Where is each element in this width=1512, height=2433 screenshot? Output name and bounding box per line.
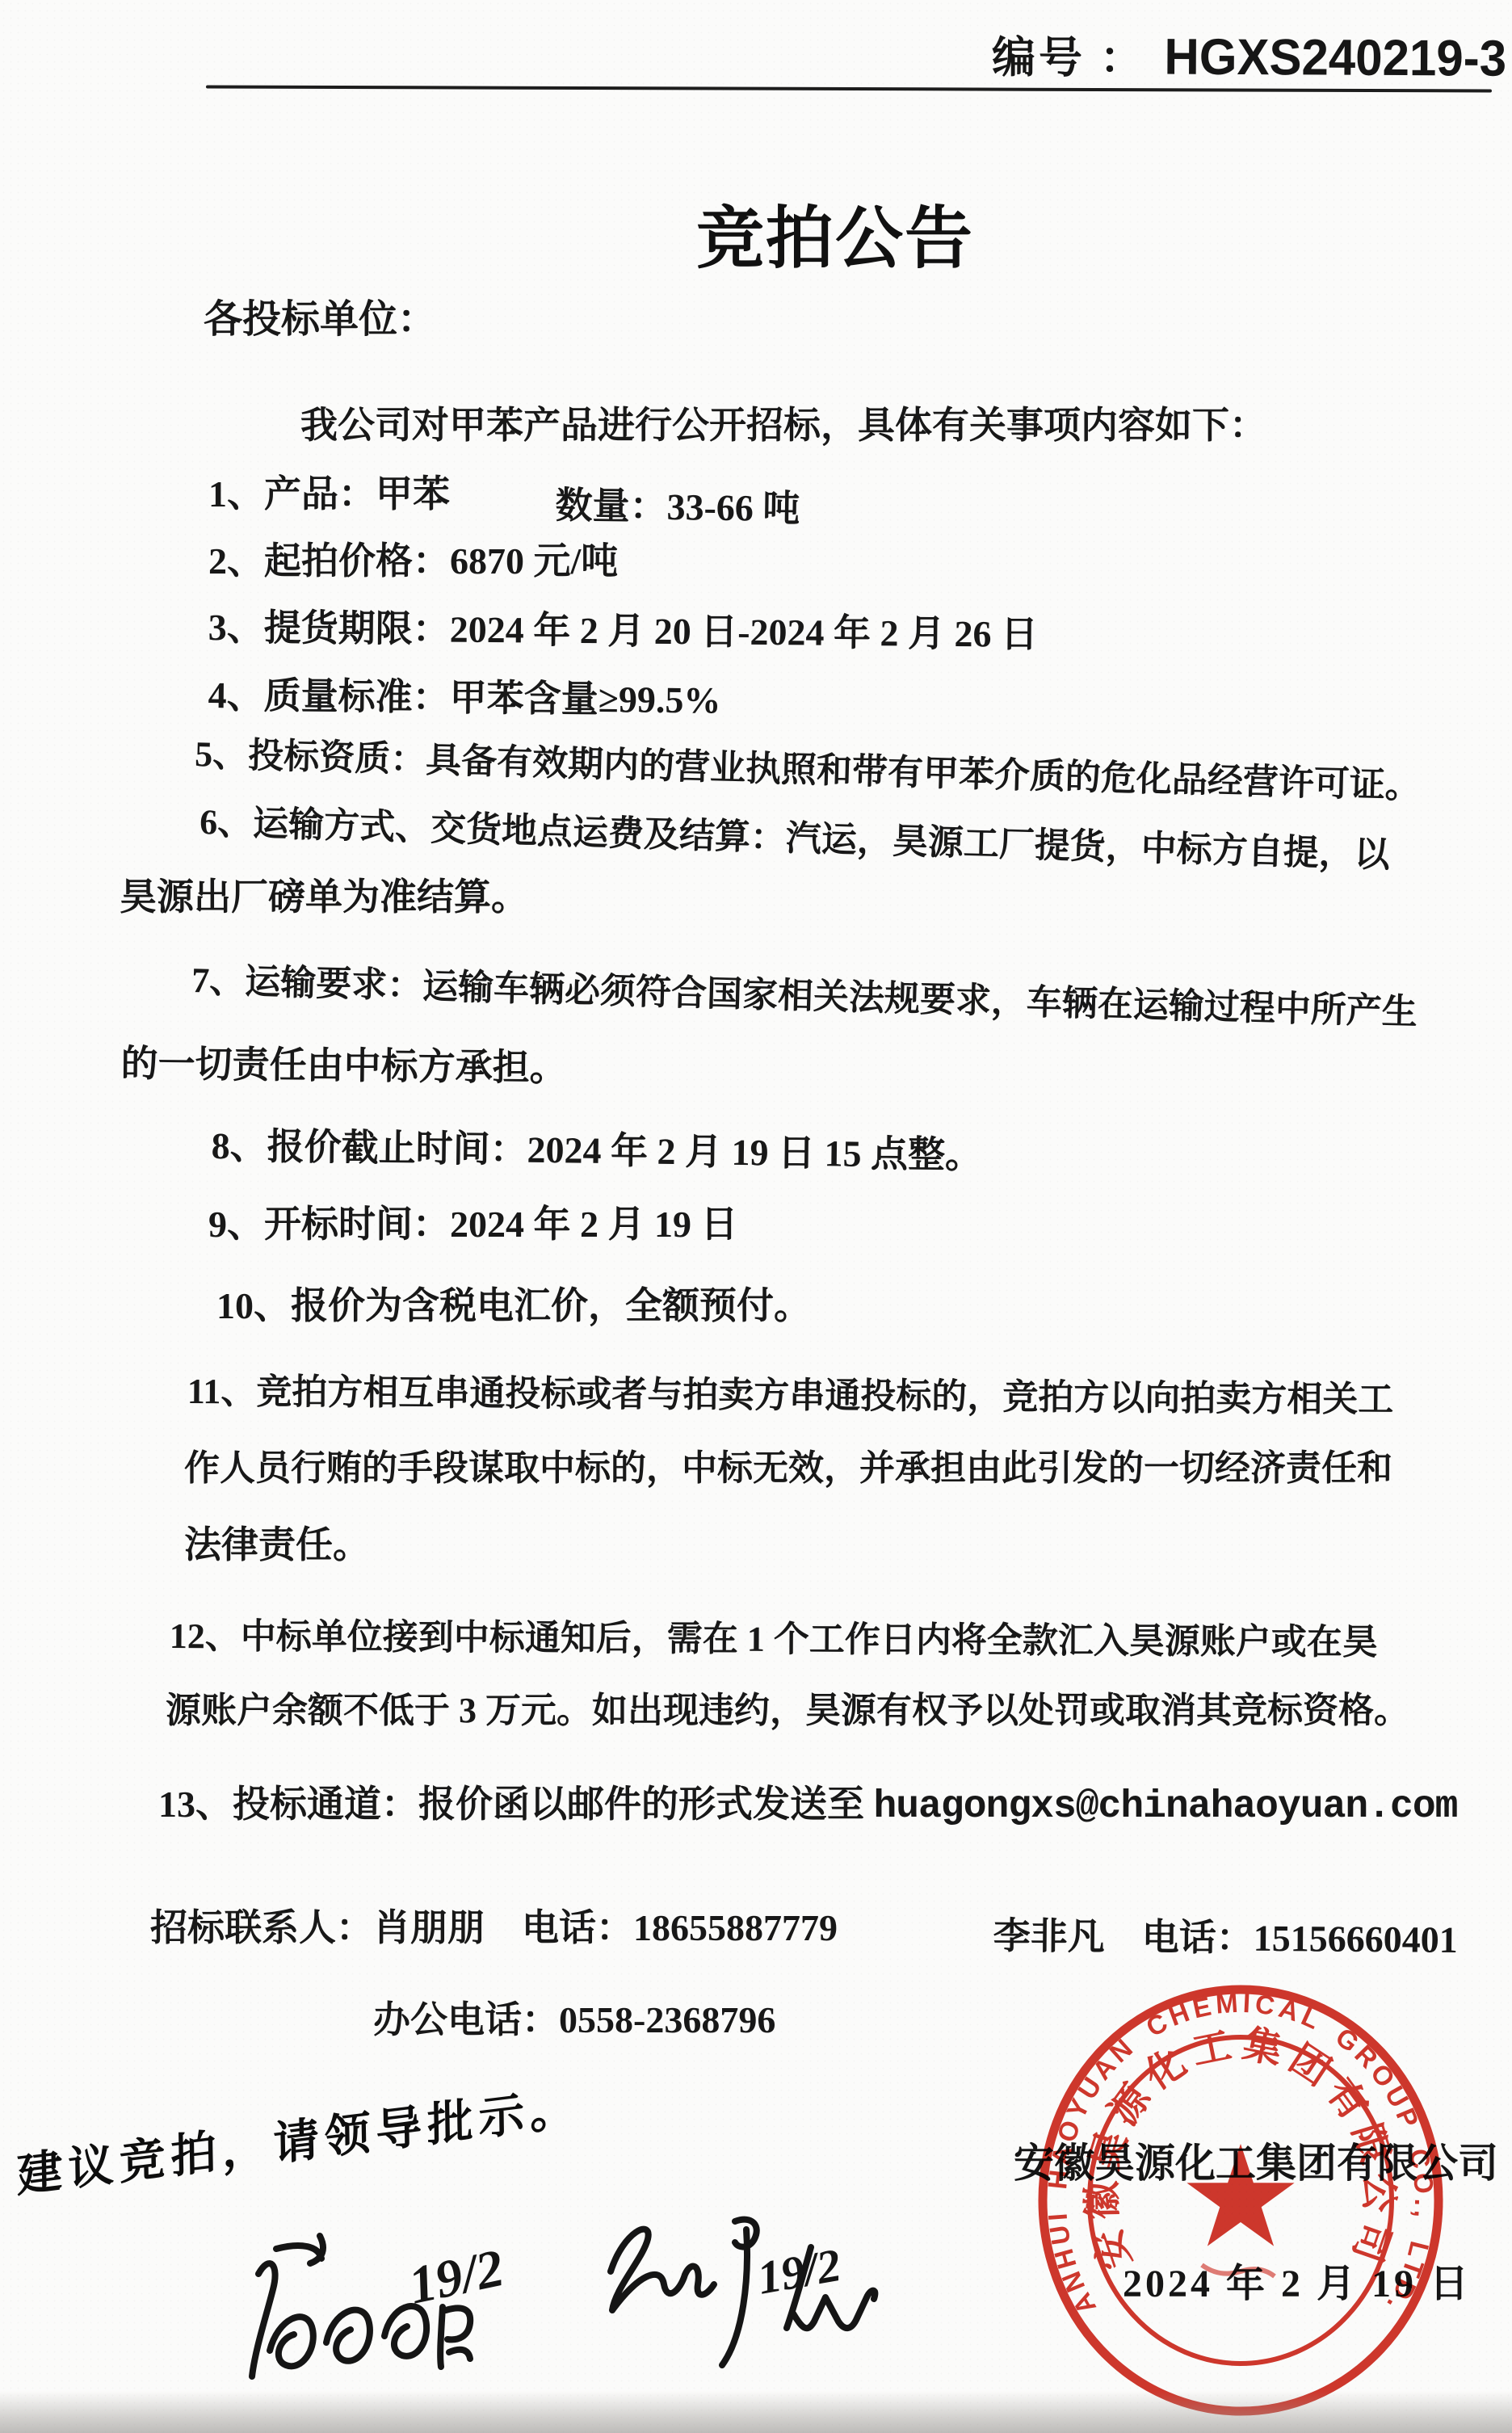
- company-seal: ANHUI HAOYUAN CHEMICAL GROUP CO., LTD. 安…: [1032, 1981, 1449, 2417]
- scan-edge-shadow: [0, 2391, 1512, 2433]
- item-8: 8、报价截止时间：2024 年 2 月 19 日 15 点整。: [211, 1123, 982, 1179]
- item-11-line-1: 11、竞拍方相互串通投标或者与拍卖方串通投标的，竞拍方以向拍卖方相关工: [187, 1369, 1394, 1422]
- handwritten-note: 建议竞拍，请领导批示。: [16, 2070, 582, 2205]
- scanned-auction-notice: 编号 ： HGXS240219-3 竞拍公告 各投标单位： 我公司对甲苯产品进行…: [0, 0, 1512, 2433]
- item-12-line-1: 12、中标单位接到中标通知后，需在 1 个工作日内将全款汇入昊源账户或在昊: [170, 1614, 1378, 1665]
- item-2: 2、起拍价格：6870 元/吨: [208, 538, 618, 585]
- item-1-product: 1、产品：甲苯: [208, 471, 450, 518]
- page-title: 竞拍公告: [696, 184, 974, 282]
- contact-left: 招标联系人：肖朋朋 电话：18655887779: [150, 1905, 838, 1952]
- doc-number-value: HGXS240219-3: [1164, 27, 1506, 88]
- item-3: 3、提货期限：2024 年 2 月 20 日-2024 年 2 月 26 日: [208, 604, 1038, 658]
- item-4: 4、质量标准：甲苯含量≥99.5%: [208, 672, 720, 724]
- signature-1: 19/2: [242, 2229, 517, 2399]
- item-5: 5、投标资质：具备有效期内的营业执照和带有甲苯介质的危化品经营许可证。: [195, 732, 1422, 809]
- item-11-line-3: 法律责任。: [184, 1522, 370, 1569]
- office-phone: 办公电话：0558-2368796: [373, 1997, 775, 2044]
- contact-right: 李非凡 电话：15156660401: [993, 1913, 1457, 1964]
- item-13: 13、投标通道：报价函以邮件的形式发送至 huagongxs@chinahaoy…: [158, 1781, 1457, 1831]
- doc-number-label: 编号 ：: [992, 23, 1147, 86]
- intro-line: 我公司对甲苯产品进行公开招标，具体有关事项内容如下：: [300, 402, 1266, 449]
- item-10: 10、报价为含税电汇价，全额预付。: [216, 1283, 811, 1330]
- signature-1-date: 19/2: [404, 2238, 509, 2316]
- item-6-line-2: 昊源出厂磅单为准结算。: [120, 874, 528, 921]
- item-6-line-1: 6、运输方式、交货地点运费及结算：汽运，昊源工厂提货，中标方自提，以: [199, 800, 1390, 877]
- item-7-line-2: 的一切责任由中标方承担。: [120, 1040, 567, 1091]
- item-12-line-2: 源账户余额不低于 3 万元。如出现违约，昊源有权予以处罚或取消其竞标资格。: [166, 1688, 1409, 1733]
- seal-star: [1186, 2144, 1294, 2246]
- signature-2-date: 19/2: [754, 2238, 845, 2305]
- item-9: 9、开标时间：2024 年 2 月 19 日: [208, 1201, 738, 1248]
- item-13-text: 13、投标通道：报价函以邮件的形式发送至: [158, 1784, 874, 1825]
- seal-scribble: [1202, 2265, 1275, 2276]
- salutation: 各投标单位：: [204, 296, 436, 344]
- signature-2: 19/2: [599, 2207, 882, 2380]
- bidding-email: huagongxs@chinahaoyuan.com: [874, 1785, 1458, 1829]
- item-7-line-1: 7、运输要求：运输车辆必须符合国家相关法规要求，车辆在运输过程中所产生: [191, 958, 1418, 1035]
- item-1-quantity: 数量：33-66 吨: [555, 482, 800, 532]
- item-11-line-2: 作人员行贿的手段谋取中标的，中标无效，并承担由此引发的一切经济责任和: [184, 1446, 1392, 1490]
- doc-number-row: 编号 ： HGXS240219-3: [992, 23, 1507, 87]
